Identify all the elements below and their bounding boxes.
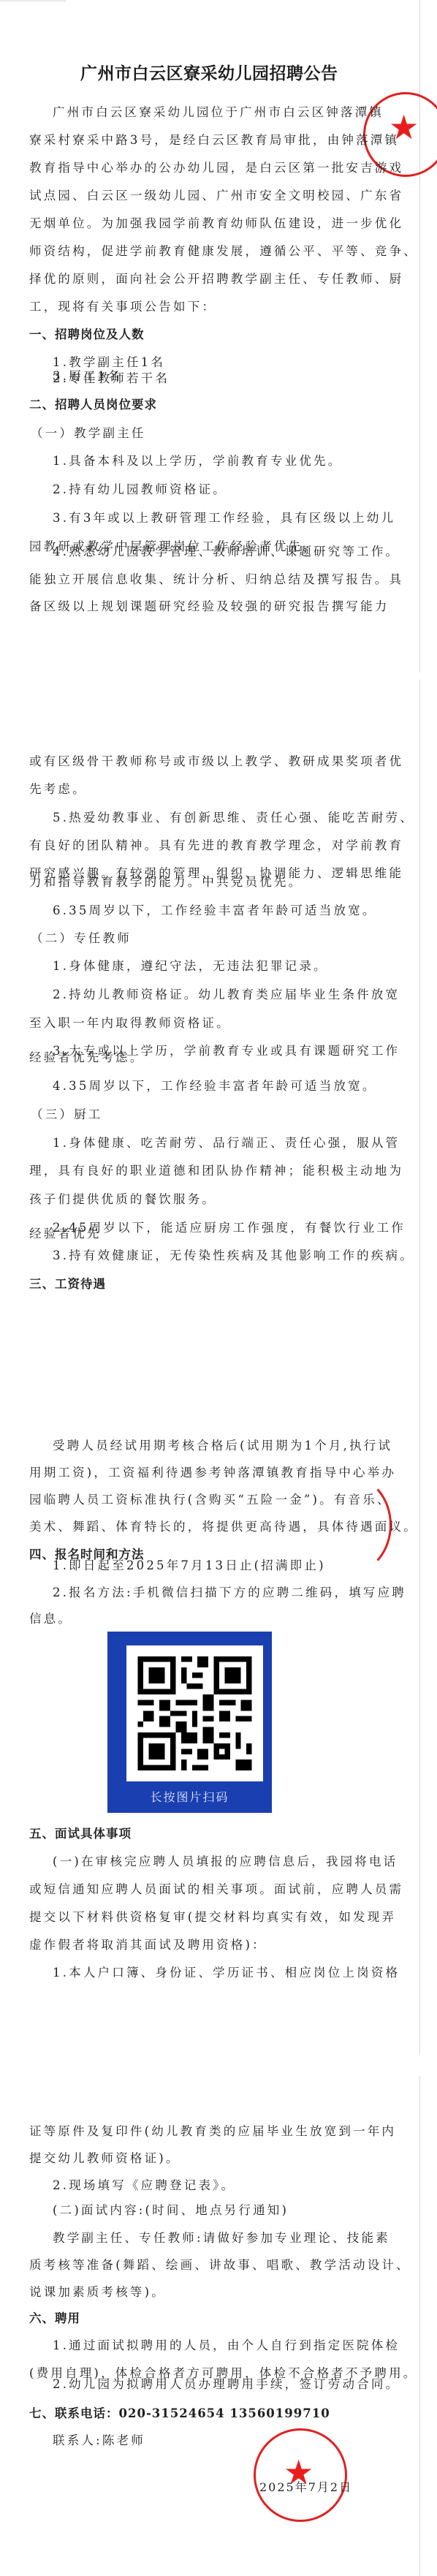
list-item: 3.厨工1名	[53, 368, 122, 385]
text-line: 或有区级骨干教师称号或市级以上教学、教研成果奖项者优	[29, 753, 403, 770]
text-line: 理，具有良好的职业道德和团队协作精神；能积极主动地为	[29, 1162, 403, 1180]
text-line: 孩子们提供优质的餐饮服务。	[29, 1191, 216, 1208]
text-line: 5.热爱幼教事业、有创新思维、责任心强、能吃苦耐劳、	[53, 809, 414, 827]
text-line: 2.现场填写《应聘登记表》。	[53, 2177, 235, 2194]
text-line: 1.具备本科及以上学历，学前教育专业优先。	[53, 452, 342, 470]
intro-line: 寮采村寮采中路3号，是经白云区教育局审批，由钟落潭镇	[29, 132, 399, 149]
text-line: 信息。	[29, 1610, 72, 1628]
text-line: 1.身体健康，遵纪守法，无违法犯罪记录。	[53, 958, 328, 975]
text-line: 1.通过面试拟聘用的人员，由个人自行到指定医院体检	[53, 2337, 400, 2355]
text-line: 6.35周岁以下，工作经验丰富者年龄可适当放宽。	[53, 902, 377, 920]
qr-caption: 长按图片扫码	[107, 1788, 272, 1805]
page-edge-line	[419, 680, 420, 2054]
qr-code-icon[interactable]	[126, 1645, 263, 1781]
section-heading: 五、面试具体事项	[29, 1825, 132, 1843]
text-line: 有良好的团队精神。具有先进的教育教学理念，对学前教育	[29, 837, 403, 855]
text-line: (二)面试内容:(时间、地点另行通知)	[53, 2202, 289, 2219]
text-line: 1.即日起至2025年7月13日止(招满即止)	[53, 1557, 326, 1575]
subsection-heading: （二）专任教师	[31, 930, 132, 947]
intro-line: 择优的原则，面向社会公开招聘教学副主任、专任教师、厨	[29, 270, 403, 288]
section-heading: 六、聘用	[29, 2310, 80, 2327]
signature-date: 2025年7月2日	[259, 2478, 352, 2495]
text-line: 2.持幼儿教师资格证。幼儿教育类应届毕业生条件放宽	[53, 986, 400, 1004]
text-line: 用期工资)，工资福利待遇参考钟落潭镇教育指导中心举办	[29, 1464, 396, 1482]
intro-line: 无烟单位。为加强我园学前教育幼师队伍建设，进一步优化	[29, 215, 403, 232]
text-line: 说课加素质考核等)。	[29, 2284, 166, 2301]
text-line: 2.幼儿园为拟聘用人员办理聘用手续，签订劳动合同。	[53, 2376, 400, 2393]
subsection-heading: （一）教学副主任	[31, 425, 146, 442]
intro-line: 师资结构，促进学前教育健康发展，遵循公平、平等、竞争、	[29, 243, 418, 260]
text-line: 虚作假者将取消其面试及聘用资格)：	[29, 1936, 267, 1954]
page-edge-line	[419, 2076, 420, 2576]
text-line: 教学副主任、专任教师:请做好参加专业理论、技能素	[53, 2230, 390, 2247]
page-title: 广州市白云区寮采幼儿园招聘公告	[80, 60, 338, 84]
text-line: 3.持有效健康证，无传染性疾病及其他影响工作的疾病。	[53, 1247, 414, 1265]
text-line: 1.本人户口簿、身份证、学历证书、相应岗位上岗资格	[53, 1964, 400, 1982]
section-heading: 一、招聘岗位及人数	[29, 326, 145, 344]
qr-code-card[interactable]: 长按图片扫码	[107, 1632, 272, 1813]
intro-line: 教育指导中心举办的公办幼儿园，是白云区第一批安吉游戏	[29, 159, 403, 177]
text-line: 4.35周岁以下，工作经验丰富者年龄可适当放宽。	[53, 1077, 377, 1095]
subsection-heading: （三）厨工	[31, 1106, 103, 1124]
intro-line: 试点园、白云区一级幼儿园、广州市安全文明校园、广东省	[29, 187, 403, 205]
text-line: 至入职一年内取得教师资格证。	[29, 1015, 231, 1032]
text-line: 备区级以上规划课题研究经验及较强的研究报告撰写能力	[29, 598, 389, 615]
text-line: 受聘人员经试用期考核合格后(试用期为1个月,执行试	[53, 1437, 392, 1455]
text-line: 能独立开展信息收集、统计分析、归纳总结及撰写报告。具	[29, 571, 403, 588]
top-shadow	[0, 0, 66, 3]
text-line: 1.身体健康、吃苦耐劳、品行端正、责任心强，服从管	[53, 1134, 400, 1152]
text-line: 经验者优先考虑。	[29, 1049, 145, 1067]
text-line: 或短信通知应聘人员面试的相关事项。面试前，应聘人员需	[29, 1881, 403, 1898]
intro-line: 广州市白云区寮采幼儿园位于广州市白云区钟落潭镇	[53, 104, 384, 121]
text-line: 先考虑。	[29, 781, 87, 798]
text-line: (一)在审核完应聘人员填报的应聘信息后，我园将电话	[53, 1853, 398, 1871]
text-line: 3.有3年或以上教研管理工作经验，具有区级以上幼儿	[53, 509, 395, 527]
text-line: 4.熟悉幼儿园教学管理、教师培训、课题研究等工作。	[53, 543, 400, 561]
contact-person: 联系人:陈老师	[53, 2432, 145, 2450]
text-line: 美术、舞蹈、体育特长的，将提供更高待遇，具体待遇面议。	[29, 1518, 418, 1536]
text-line: 质考核等准备(舞蹈、绘画、讲故事、唱歌、教学活动设计、	[29, 2257, 411, 2274]
text-line: 提交幼儿教师资格证)。	[29, 2150, 180, 2167]
text-line: 2.报名方法:手机微信扫描下方的应聘二维码，填写应聘	[53, 1584, 406, 1602]
intro-line: 工，现将有关事项公告如下：	[29, 298, 216, 316]
official-stamp: ★	[254, 2428, 347, 2522]
text-line: 提交以下材料供资格复审(提交材料均真实有效，如发现弄	[29, 1909, 396, 1926]
section-heading: 三、工资待遇	[29, 1276, 106, 1293]
text-line: 经验者优先	[29, 1225, 102, 1243]
contact-phone: 七、联系电话：020-31524654 13560199710	[29, 2405, 330, 2422]
text-line: 力和指导教育教学的能力。中共党员优先。	[29, 874, 303, 891]
text-line: 2.45周岁以下，能适应厨房工作强度，有餐饮行业工作	[53, 1219, 406, 1237]
section-heading: 二、招聘人员岗位要求	[29, 396, 157, 414]
text-line: 2.持有幼儿园教师资格证。	[53, 481, 227, 499]
text-line: 证等原件及复印件(幼儿教育类的应届毕业生放宽到一年内	[29, 2123, 396, 2140]
text-line: 园临聘人员工资标准执行(含购买“五险一金”)。有音乐、	[29, 1491, 392, 1509]
